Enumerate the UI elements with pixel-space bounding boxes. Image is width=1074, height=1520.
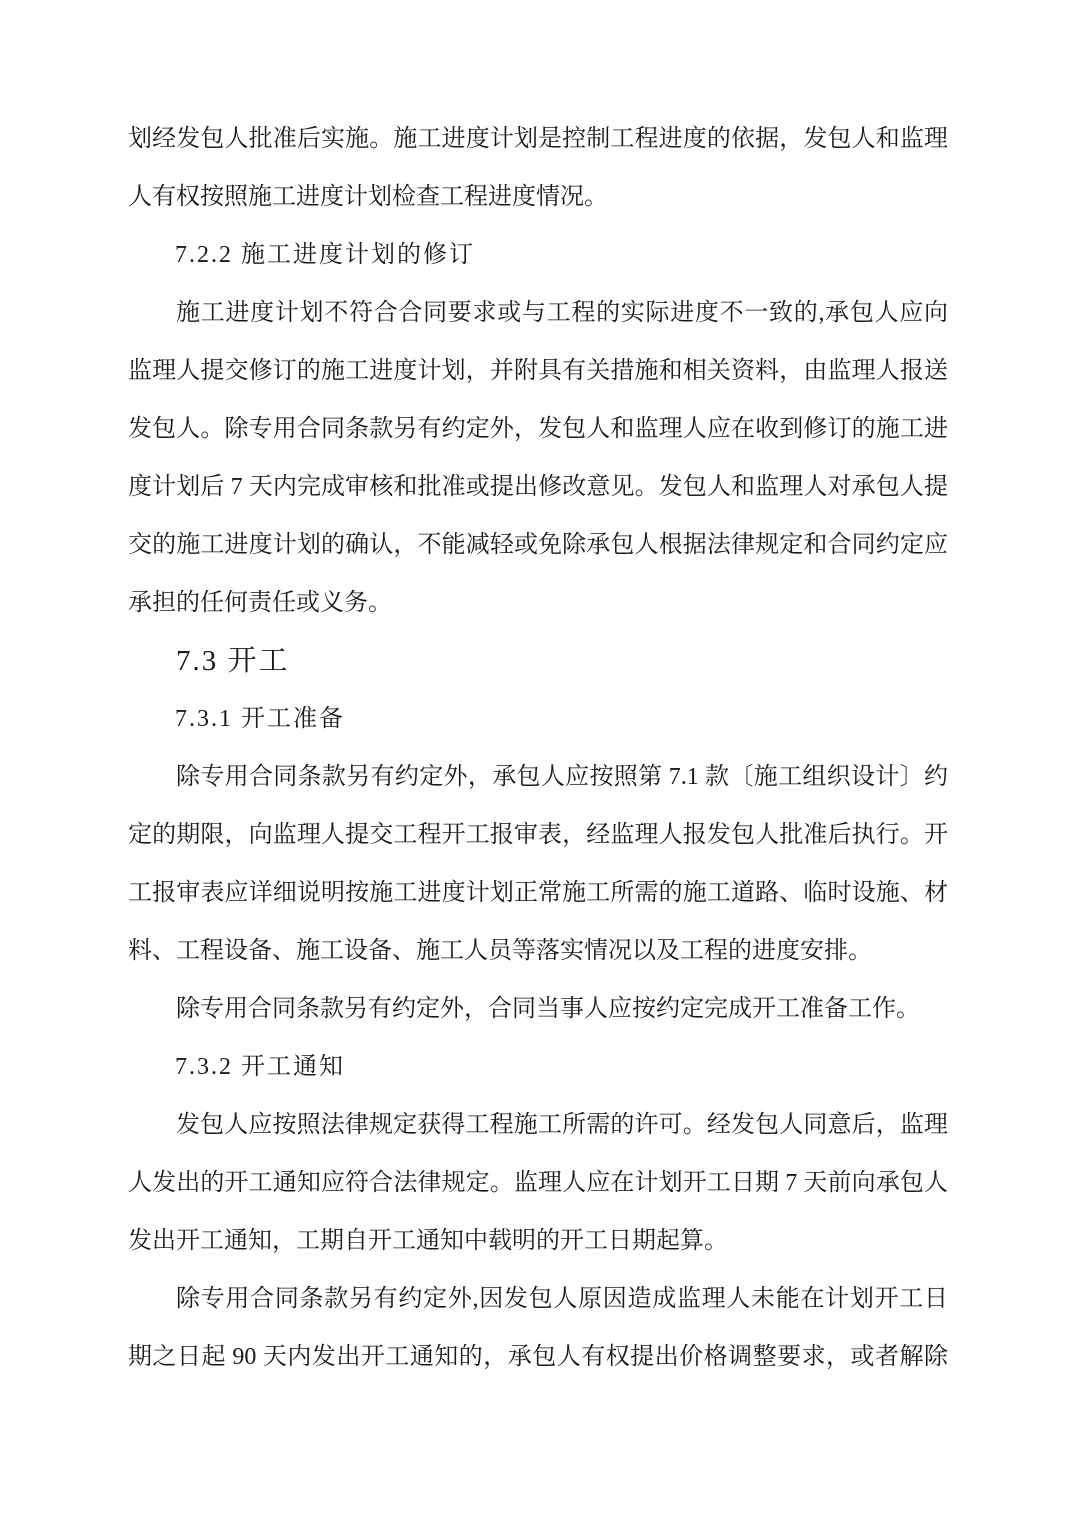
- text-line: 定的期限，向监理人提交工程开工报审表，经监理人报发包人批准后执行。开: [128, 806, 948, 864]
- heading-7-2-2-schedule-revision: 7.2.2 施工进度计划的修订: [175, 226, 948, 284]
- heading-7-3-2-commencement-notice: 7.3.2 开工通知: [175, 1038, 948, 1096]
- paragraph-commencement-notice: 发包人应按照法律规定获得工程施工所需的许可。经发包人同意后，监理 人发出的开工通…: [128, 1096, 948, 1270]
- text-line: 承担的任何责任或义务。: [128, 574, 948, 632]
- text-line: 发出开工通知，工期自开工通知中载明的开工日期起算。: [128, 1212, 948, 1270]
- paragraph-schedule-basis: 划经发包人批准后实施。施工进度计划是控制工程进度的依据，发包人和监理 人有权按照…: [128, 110, 948, 226]
- text-line: 施工进度计划不符合合同要求或与工程的实际进度不一致的,承包人应向: [128, 284, 948, 342]
- text-line: 除专用合同条款另有约定外,因发包人原因造成监理人未能在计划开工日: [128, 1270, 948, 1328]
- text-line: 期之日起 90 天内发出开工通知的，承包人有权提出价格调整要求，或者解除: [128, 1328, 948, 1386]
- text-line: 人发出的开工通知应符合法律规定。监理人应在计划开工日期 7 天前向承包人: [128, 1154, 948, 1212]
- paragraph-schedule-revision: 施工进度计划不符合合同要求或与工程的实际进度不一致的,承包人应向 监理人提交修订…: [128, 284, 948, 632]
- text-line: 人有权按照施工进度计划检查工程进度情况。: [128, 168, 948, 226]
- paragraph-preparation-obligation: 除专用合同条款另有约定外，合同当事人应按约定完成开工准备工作。: [128, 980, 948, 1038]
- text-line: 发包人应按照法律规定获得工程施工所需的许可。经发包人同意后，监理: [128, 1096, 948, 1154]
- paragraph-commencement-preparation: 除专用合同条款另有约定外，承包人应按照第 7.1 款〔施工组织设计〕约 定的期限…: [128, 748, 948, 980]
- text-line: 发包人。除专用合同条款另有约定外，发包人和监理人应在收到修订的施工进: [128, 400, 948, 458]
- document-content: 划经发包人批准后实施。施工进度计划是控制工程进度的依据，发包人和监理 人有权按照…: [128, 110, 948, 1386]
- text-line: 监理人提交修订的施工进度计划，并附具有关措施和相关资料，由监理人报送: [128, 342, 948, 400]
- text-line: 除专用合同条款另有约定外，承包人应按照第 7.1 款〔施工组织设计〕约: [128, 748, 948, 806]
- paragraph-delayed-notice: 除专用合同条款另有约定外,因发包人原因造成监理人未能在计划开工日 期之日起 90…: [128, 1270, 948, 1386]
- text-line: 度计划后 7 天内完成审核和批准或提出修改意见。发包人和监理人对承包人提: [128, 458, 948, 516]
- heading-7-3-commencement: 7.3 开工: [176, 632, 948, 690]
- text-line: 交的施工进度计划的确认，不能减轻或免除承包人根据法律规定和合同约定应: [128, 516, 948, 574]
- document-page: 划经发包人批准后实施。施工进度计划是控制工程进度的依据，发包人和监理 人有权按照…: [0, 0, 1074, 1520]
- text-line: 工报审表应详细说明按施工进度计划正常施工所需的施工道路、临时设施、材: [128, 864, 948, 922]
- text-line: 划经发包人批准后实施。施工进度计划是控制工程进度的依据，发包人和监理: [128, 110, 948, 168]
- text-line: 料、工程设备、施工设备、施工人员等落实情况以及工程的进度安排。: [128, 922, 948, 980]
- heading-7-3-1-commencement-preparation: 7.3.1 开工准备: [175, 690, 948, 748]
- text-line: 除专用合同条款另有约定外，合同当事人应按约定完成开工准备工作。: [128, 980, 948, 1038]
